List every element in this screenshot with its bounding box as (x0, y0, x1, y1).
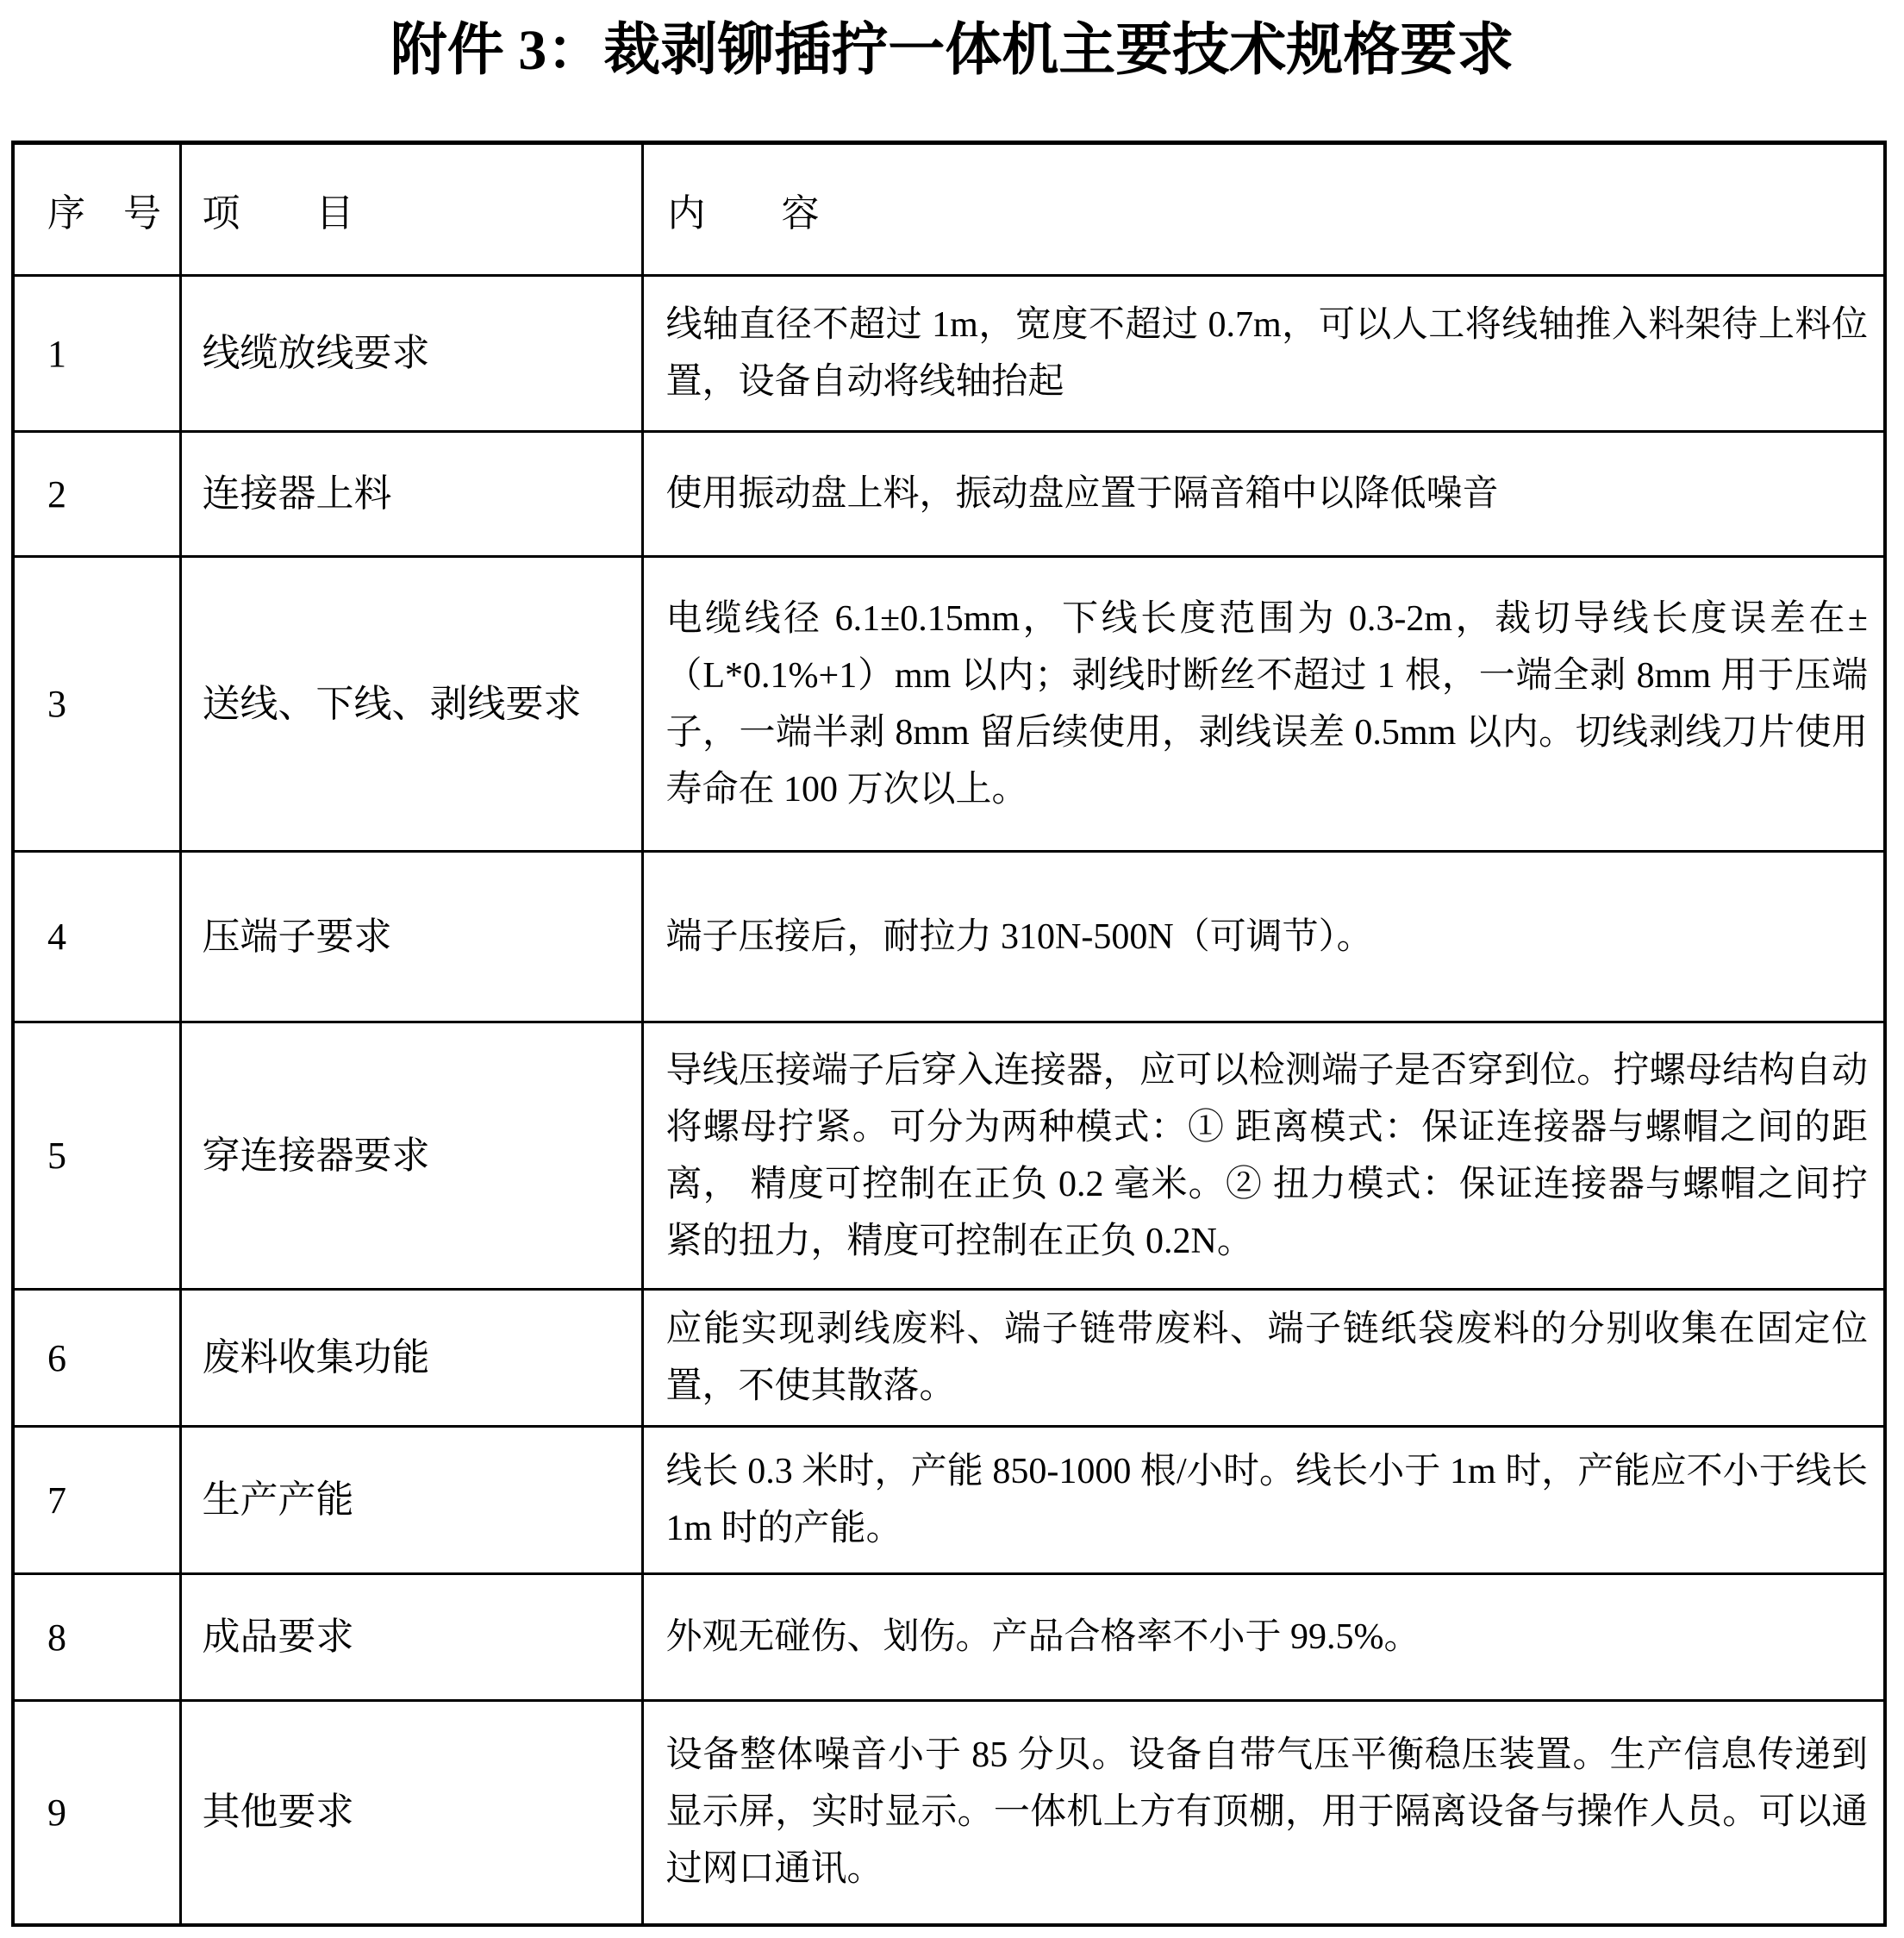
column-header-item: 项 目 (180, 143, 642, 276)
table-header-row: 序 号 项 目 内 容 (13, 143, 1885, 276)
row-content: 端子压接后，耐拉力 310N-500N（可调节）。 (642, 852, 1885, 1022)
table-row: 5 穿连接器要求 导线压接端子后穿入连接器，应可以检测端子是否穿到位。拧螺母结构… (13, 1022, 1885, 1290)
row-index: 2 (13, 432, 180, 557)
row-item: 废料收集功能 (180, 1290, 642, 1427)
table-row: 2 连接器上料 使用振动盘上料，振动盘应置于隔音箱中以降低噪音 (13, 432, 1885, 557)
row-item: 成品要求 (180, 1574, 642, 1701)
table-row: 9 其他要求 设备整体噪音小于 85 分贝。设备自带气压平衡稳压装置。生产信息传… (13, 1701, 1885, 1925)
row-content: 电缆线径 6.1±0.15mm，下线长度范围为 0.3-2m，裁切导线长度误差在… (642, 557, 1885, 852)
row-index: 5 (13, 1022, 180, 1290)
row-index: 7 (13, 1427, 180, 1574)
row-index: 3 (13, 557, 180, 852)
row-item: 压端子要求 (180, 852, 642, 1022)
row-index: 9 (13, 1701, 180, 1925)
row-content: 线轴直径不超过 1m，宽度不超过 0.7m，可以人工将线轴推入料架待上料位置，设… (642, 276, 1885, 432)
row-content: 线长 0.3 米时，产能 850-1000 根/小时。线长小于 1m 时，产能应… (642, 1427, 1885, 1574)
table-row: 7 生产产能 线长 0.3 米时，产能 850-1000 根/小时。线长小于 1… (13, 1427, 1885, 1574)
row-index: 6 (13, 1290, 180, 1427)
row-item: 线缆放线要求 (180, 276, 642, 432)
table-row: 3 送线、下线、剥线要求 电缆线径 6.1±0.15mm，下线长度范围为 0.3… (13, 557, 1885, 852)
row-item: 连接器上料 (180, 432, 642, 557)
table-row: 6 废料收集功能 应能实现剥线废料、端子链带废料、端子链纸袋废料的分别收集在固定… (13, 1290, 1885, 1427)
row-index: 4 (13, 852, 180, 1022)
row-index: 1 (13, 276, 180, 432)
row-content: 导线压接端子后穿入连接器，应可以检测端子是否穿到位。拧螺母结构自动将螺母拧紧。可… (642, 1022, 1885, 1290)
table-row: 4 压端子要求 端子压接后，耐拉力 310N-500N（可调节）。 (13, 852, 1885, 1022)
row-item: 生产产能 (180, 1427, 642, 1574)
row-content: 外观无碰伤、划伤。产品合格率不小于 99.5%。 (642, 1574, 1885, 1701)
row-content: 使用振动盘上料，振动盘应置于隔音箱中以降低噪音 (642, 432, 1885, 557)
document-page: { "title": "附件 3：裁剥铆插拧一体机主要技术规格要求", "tab… (0, 0, 1904, 1938)
table-row: 1 线缆放线要求 线轴直径不超过 1m，宽度不超过 0.7m，可以人工将线轴推入… (13, 276, 1885, 432)
row-content: 设备整体噪音小于 85 分贝。设备自带气压平衡稳压装置。生产信息传递到显示屏，实… (642, 1701, 1885, 1925)
column-header-content: 内 容 (642, 143, 1885, 276)
column-header-index: 序 号 (13, 143, 180, 276)
row-index: 8 (13, 1574, 180, 1701)
row-item: 穿连接器要求 (180, 1022, 642, 1290)
spec-table: 序 号 项 目 内 容 1 线缆放线要求 线轴直径不超过 1m，宽度不超过 0.… (11, 141, 1887, 1927)
row-content: 应能实现剥线废料、端子链带废料、端子链纸袋废料的分别收集在固定位置，不使其散落。 (642, 1290, 1885, 1427)
table-row: 8 成品要求 外观无碰伤、划伤。产品合格率不小于 99.5%。 (13, 1574, 1885, 1701)
page-title: 附件 3：裁剥铆插拧一体机主要技术规格要求 (0, 12, 1904, 89)
row-item: 其他要求 (180, 1701, 642, 1925)
row-item: 送线、下线、剥线要求 (180, 557, 642, 852)
